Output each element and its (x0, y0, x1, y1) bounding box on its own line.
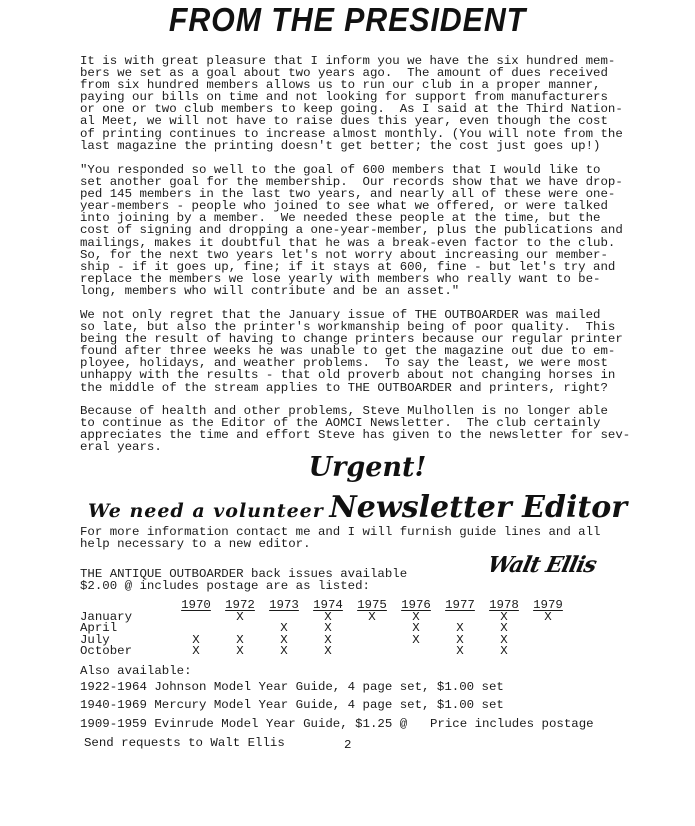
availability-cell: X (482, 646, 526, 658)
volunteer-heading-prefix: We need a volunteer (88, 500, 324, 522)
newsletter-page: FROM THE PRESIDENT It is with great plea… (0, 0, 695, 826)
paragraph-membership-goal: It is with great pleasure that I inform … (80, 55, 620, 152)
year-column-header: 1973 (262, 600, 306, 612)
also-available-label: Also available: (80, 665, 620, 677)
month-label: October (80, 646, 174, 658)
paragraph-contact-info: For more information contact me and I wi… (80, 526, 620, 550)
availability-cell: X (394, 635, 438, 647)
postage-note: Price includes postage (430, 717, 594, 731)
page-title: FROM THE PRESIDENT (28, 0, 667, 40)
availability-cell: X (306, 646, 350, 658)
availability-cell: X (262, 646, 306, 658)
paragraph-new-goal-quote: "You responded so well to the goal of 60… (80, 164, 620, 297)
back-issues-body: JanuaryXXXXXXAprilXXXXXJulyXXXXXXXOctobe… (80, 612, 570, 658)
availability-cell (350, 623, 394, 635)
availability-cell: X (526, 612, 570, 624)
availability-cell (350, 635, 394, 647)
page-number: 2 (344, 738, 351, 752)
paragraph-editor-departure: Because of health and other problems, St… (80, 405, 620, 453)
availability-cell: X (218, 646, 262, 658)
guide-item-mercury: 1940-1969 Mercury Model Year Guide, 4 pa… (80, 698, 504, 712)
volunteer-heading: We need a volunteer Newsletter Editor (20, 490, 695, 525)
availability-cell (350, 646, 394, 658)
availability-cell: X (438, 646, 482, 658)
paragraph-printer-apology: We not only regret that the January issu… (80, 309, 620, 394)
urgent-heading: Urgent! (40, 452, 695, 483)
availability-cell: X (218, 612, 262, 624)
availability-cell (394, 646, 438, 658)
availability-cell (526, 623, 570, 635)
availability-cell: X (174, 646, 218, 658)
back-issues-intro: THE ANTIQUE OUTBOARDER back issues avail… (80, 568, 620, 592)
table-row: OctoberXXXXXX (80, 646, 570, 658)
availability-cell: X (350, 612, 394, 624)
guide-item-evinrude: 1909-1959 Evinrude Model Year Guide, $1.… (80, 717, 407, 731)
availability-cell (174, 612, 218, 624)
volunteer-heading-role: Newsletter Editor (329, 490, 627, 525)
back-issues-table: 197019721973197419751976197719781979 Jan… (80, 600, 570, 658)
year-column-header: 1977 (438, 600, 482, 612)
guide-item-johnson: 1922-1964 Johnson Model Year Guide, 4 pa… (80, 680, 504, 694)
availability-cell (526, 646, 570, 658)
send-requests-note: Send requests to Walt Ellis (84, 736, 285, 750)
year-column-header: 1970 (174, 600, 218, 612)
availability-cell (526, 635, 570, 647)
